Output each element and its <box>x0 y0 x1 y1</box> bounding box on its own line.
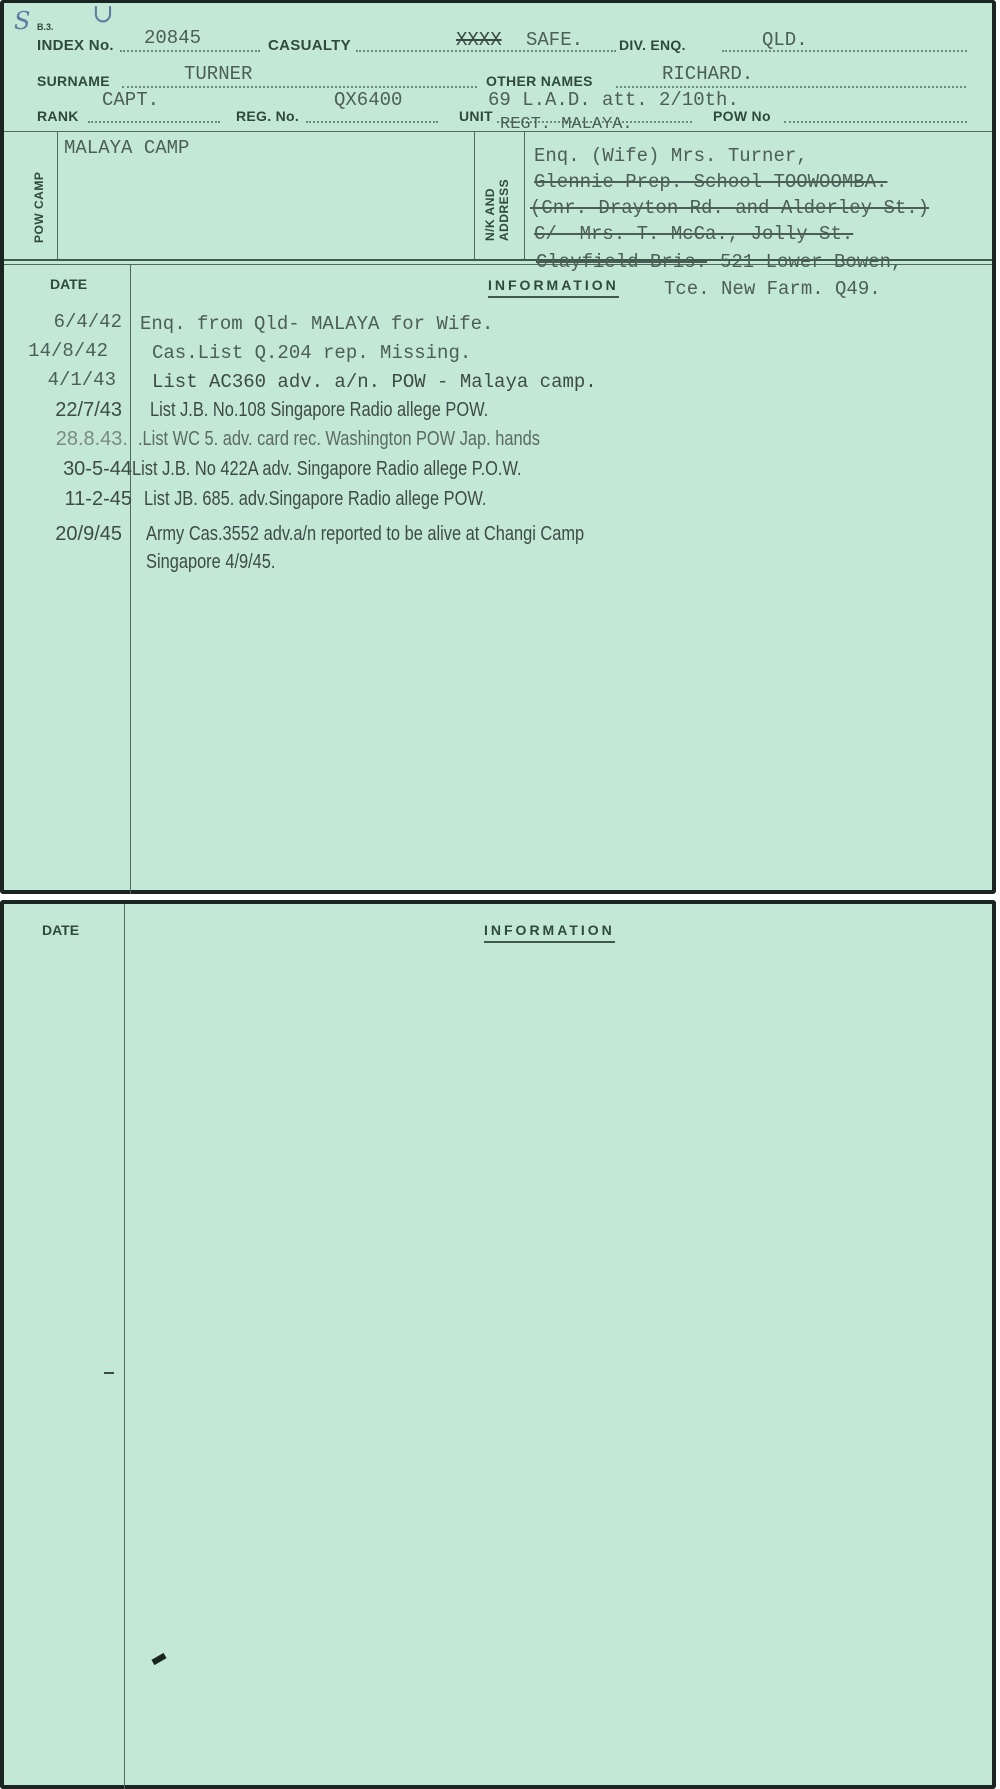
rank-label: RANK <box>37 108 79 124</box>
pow-no-label: POW No <box>713 108 771 124</box>
div-enq-line <box>722 50 967 52</box>
ink-mark <box>151 1653 166 1665</box>
entry-date: 22/7/43 <box>55 399 122 422</box>
surname-value: TURNER <box>184 63 252 85</box>
record-card-front: S ∪ B.3. INDEX No. 20845 CASUALTY XXXX S… <box>0 0 996 894</box>
nk-line-4: C/- Mrs. T. McCa., Jolly St. <box>534 223 853 245</box>
entry-info: List J.B. No 422A adv. Singapore Radio a… <box>132 458 522 481</box>
pen-tick-icon: ∪ <box>92 0 114 29</box>
surname-label: SURNAME <box>37 73 110 89</box>
entry-date: 14/8/42 <box>28 340 108 362</box>
entry-info: List AC360 adv. a/n. POW - Malaya camp. <box>152 371 597 393</box>
reg-no-label: REG. No. <box>236 108 299 124</box>
pow-no-line <box>784 121 967 123</box>
index-no-value: 20845 <box>144 27 201 49</box>
rank-line <box>88 121 220 123</box>
reg-no-line <box>306 121 438 123</box>
reg-no-value: QX6400 <box>334 89 402 111</box>
entry-date: 4/1/43 <box>48 369 116 391</box>
casualty-value: SAFE. <box>526 29 583 51</box>
nk-line-5: Clayfield Bris. <box>536 251 707 273</box>
date-column-divider <box>130 264 131 894</box>
entry-info: Army Cas.3552 adv.a/n reported to be ali… <box>146 523 584 546</box>
rank-value: CAPT. <box>102 89 159 111</box>
entry-info: List JB. 685. adv.Singapore Radio allege… <box>144 488 486 511</box>
nk-right-divider <box>524 131 525 259</box>
other-names-label: OTHER NAMES <box>486 73 593 89</box>
div-enq-value: QLD. <box>762 29 808 51</box>
entry-info: List J.B. No.108 Singapore Radio allege … <box>150 399 488 422</box>
entry-date: 6/4/42 <box>54 311 122 333</box>
entry-info: .List WC 5. adv. card rec. Washington PO… <box>138 428 540 451</box>
nk-line-3: (Cnr. Drayton Rd. and Alderley St.) <box>530 197 929 219</box>
entry-date: 28.8.43. <box>56 428 128 451</box>
entry-date: 30-5-44 <box>63 458 132 481</box>
nk-line-2: Glennie Prep. School TOOWOOMBA. <box>534 171 887 193</box>
date-column-divider <box>124 904 125 1789</box>
nk-left-divider <box>474 131 475 259</box>
pow-camp-value: MALAYA CAMP <box>64 137 189 159</box>
pow-camp-divider <box>57 131 58 259</box>
div-enq-label: DIV. ENQ. <box>619 37 686 53</box>
other-names-value: RICHARD. <box>662 63 753 85</box>
casualty-struck-value: XXXX <box>456 29 502 51</box>
information-header: INFORMATION <box>484 922 615 943</box>
entry-date: 11-2-45 <box>65 488 132 511</box>
section-divider <box>4 131 992 132</box>
entry-info-continued: Singapore 4/9/45. <box>146 551 275 574</box>
form-code: B.3. <box>37 22 54 32</box>
other-names-line <box>616 86 966 88</box>
nk-label-line2: ADDRESS <box>498 179 511 241</box>
nk-line-5-suffix: 521 Lower Bowen, <box>720 251 902 273</box>
entry-info: Cas.List Q.204 rep. Missing. <box>152 342 471 364</box>
record-card-back: DATE INFORMATION <box>0 900 996 1789</box>
pow-camp-label: POW CAMP <box>33 172 46 243</box>
date-header: DATE <box>42 922 79 938</box>
entry-info: Enq. from Qld- MALAYA for Wife. <box>140 313 493 335</box>
index-no-label: INDEX No. <box>37 37 114 54</box>
pen-annotation: S <box>14 7 30 35</box>
nk-line-1: Enq. (Wife) Mrs. Turner, <box>534 145 808 167</box>
information-header: INFORMATION <box>488 277 619 298</box>
index-no-line <box>120 50 260 52</box>
casualty-label: CASUALTY <box>268 37 351 54</box>
entry-date: 20/9/45 <box>55 523 122 546</box>
ink-mark <box>104 1372 114 1374</box>
date-header: DATE <box>50 276 87 292</box>
unit-value-line1: 69 L.A.D. att. 2/10th. <box>488 89 739 111</box>
nk-line-6: Tce. New Farm. Q49. <box>664 278 881 300</box>
surname-line <box>122 86 477 88</box>
nk-label-line1: N/K AND <box>484 188 497 241</box>
